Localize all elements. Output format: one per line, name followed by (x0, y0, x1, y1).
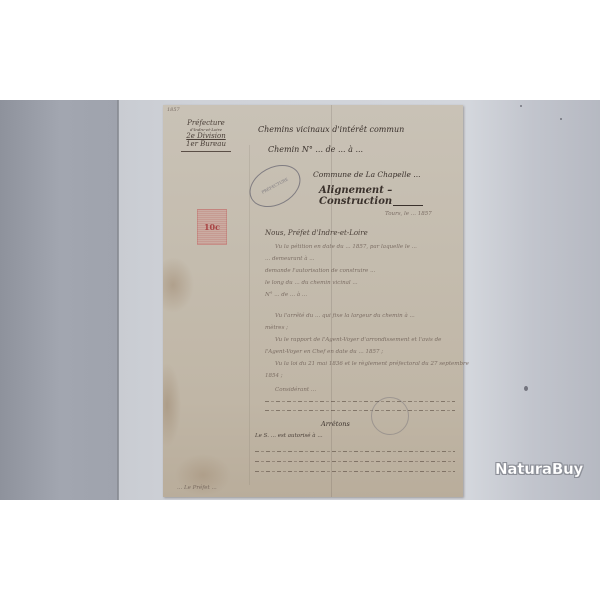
handwriting-line (255, 471, 455, 472)
heading-chemins-vicinaux: Chemins vicinaux d'intérêt commun (258, 125, 404, 134)
heading-alignement-construction: Alignement – Construction (319, 185, 463, 207)
body-line: N° ... de ... à ... (265, 292, 307, 298)
oval-ink-stamp: PRÉFECTURE (242, 157, 308, 216)
ornament-rule (393, 205, 423, 206)
body-line: l'Agent-Voyer en Chef en date du ... 185… (265, 349, 383, 355)
round-ink-stamp (371, 397, 409, 435)
board-edge (117, 100, 119, 500)
heading-commune: Commune de La Chapelle ... (313, 170, 420, 179)
body-line: ... demeurant à ... (265, 256, 314, 262)
body-line: mètres ; (265, 325, 288, 331)
handwriting-line (265, 401, 455, 402)
dust-speck (560, 118, 562, 120)
handwriting-line (255, 451, 455, 452)
dust-speck (524, 386, 528, 391)
header-line-3: 2e Division (171, 132, 241, 140)
heading-chemin-numero: Chemin N° ... de ... à ... (268, 145, 363, 154)
arretons-heading: Arrêtons (321, 420, 350, 428)
body-line: le long du ... du chemin vicinal ... (265, 280, 358, 286)
body-line: Vu le rapport de l'Agent-Voyer d'arrondi… (275, 337, 441, 343)
header-line-4: 1er Bureau (171, 140, 241, 148)
body-line: demande l'autorisation de construire ... (265, 268, 375, 274)
prefect-line: Nous, Préfet d'Indre-et-Loire (265, 229, 368, 237)
photo-band: 1857 Préfecture d'Indre-et-Loire 2e Divi… (0, 100, 600, 500)
header-line-1: Préfecture (171, 119, 241, 127)
date-line: Tours, le ... 1857 (385, 211, 432, 217)
fiscal-stamp: 10c (197, 209, 227, 245)
fold-line (331, 105, 332, 497)
body-line: Vu la loi du 21 mai 1836 et le règlement… (275, 361, 469, 367)
decision-line: Le S. ... est autorisé à ... (255, 433, 323, 439)
handwriting-line (265, 410, 455, 411)
handwriting-line (255, 461, 455, 462)
body-line: 1854 ; (265, 373, 283, 379)
naturabuy-watermark: NaturaBuy (495, 460, 583, 478)
signature-line: ... Le Préfet ... (177, 485, 217, 491)
body-line: Vu l'arrêté du ... qui fixe la largeur d… (275, 313, 415, 319)
header-rule (181, 151, 231, 152)
corner-note: 1857 (167, 107, 180, 113)
body-line: Vu la pétition en date du ... 1857, par … (275, 244, 417, 250)
prefecture-header: Préfecture d'Indre-et-Loire 2e Division … (171, 119, 241, 152)
dust-speck (520, 105, 522, 107)
document-paper: 1857 Préfecture d'Indre-et-Loire 2e Divi… (163, 105, 463, 497)
body-line: Considérant ... (275, 387, 316, 393)
